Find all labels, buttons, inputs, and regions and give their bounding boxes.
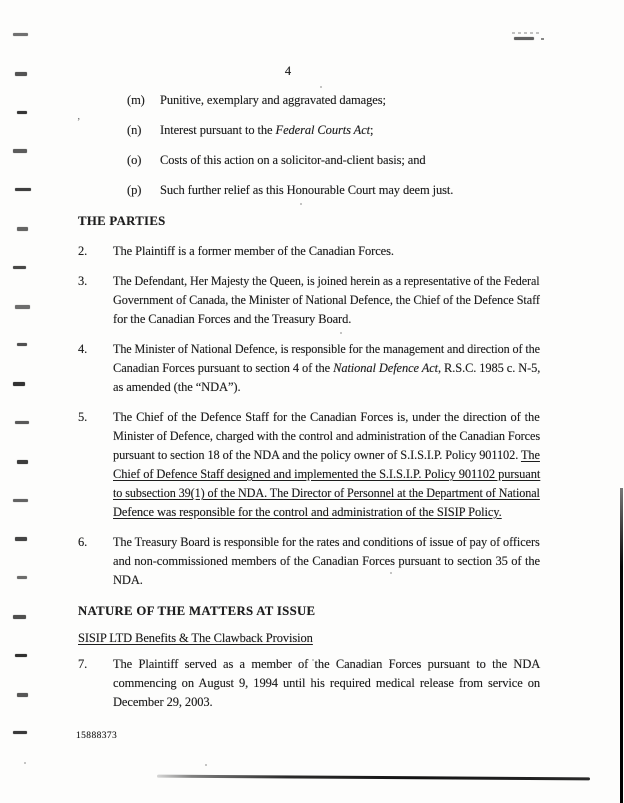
binding-mark xyxy=(17,343,27,346)
binding-mark xyxy=(13,149,27,153)
scan-speck xyxy=(390,572,392,574)
text-line: The Minister of National Defence, is res… xyxy=(113,340,540,359)
scan-speck xyxy=(340,332,342,334)
text-line: Government of Canada, the Minister of Na… xyxy=(113,291,540,310)
binding-mark xyxy=(13,33,28,36)
text-line: commencing on August 9, 1994 until his r… xyxy=(113,674,540,693)
paragraph-number: 5. xyxy=(78,408,113,522)
text-line: pursuant to section 18 of the NDA and th… xyxy=(113,446,540,465)
subheading-sisip-clawback: SISIP LTD Benefits & The Clawback Provis… xyxy=(78,629,540,648)
relief-item-o: (o) Costs of this action on a solicitor-… xyxy=(127,151,540,170)
section-heading-the-parties: THE PARTIES xyxy=(78,212,540,231)
binding-mark xyxy=(15,72,27,76)
text-line: Costs of this action on a solicitor-and-… xyxy=(160,151,540,170)
binding-mark xyxy=(17,693,28,697)
paragraph-6: 6. The Treasury Board is responsible for… xyxy=(78,533,540,590)
document-id-footer: 15888373 xyxy=(76,731,117,741)
relief-item-text: Interest pursuant to the Federal Courts … xyxy=(160,121,540,140)
binding-mark xyxy=(13,382,25,386)
relief-item-n: (n) Interest pursuant to the Federal Cou… xyxy=(127,121,540,140)
relief-item-label: (p) xyxy=(127,181,160,200)
binding-mark xyxy=(17,227,28,231)
paragraph-text: The Treasury Board is responsible for th… xyxy=(113,533,540,590)
text-line: NDA. xyxy=(113,571,540,590)
paragraph-text: The Chief of the Defence Staff for the C… xyxy=(113,408,540,522)
text-line: Interest pursuant to the Federal Courts … xyxy=(160,121,540,140)
paragraph-number: 3. xyxy=(78,272,113,329)
section-heading-nature-of-matters: NATURE OF THE MATTERS AT ISSUE xyxy=(78,602,540,621)
binding-mark xyxy=(17,111,27,114)
relief-list: (m) Punitive, exemplary and aggravated d… xyxy=(78,91,540,200)
paragraph-number: 7. xyxy=(78,655,113,712)
binding-mark xyxy=(15,421,29,424)
binding-mark xyxy=(15,654,27,657)
scan-speck xyxy=(320,86,322,88)
scan-smudge xyxy=(512,32,540,34)
document-body: 4 (m) Punitive, exemplary and aggravated… xyxy=(78,62,540,723)
scan-edge-line xyxy=(620,488,623,803)
paragraph-7: 7. The Plaintiff served as a member of t… xyxy=(78,655,540,712)
scan-speck xyxy=(300,203,302,205)
binding-mark xyxy=(13,499,28,502)
paragraph-text: The Minister of National Defence, is res… xyxy=(113,340,540,397)
binding-mark xyxy=(13,266,26,269)
text-line: for the Canadian Forces and the Treasury… xyxy=(113,310,540,329)
scan-speck xyxy=(24,762,26,764)
text-line: Such further relief as this Honourable C… xyxy=(160,181,540,200)
text-line: to subsection 39(1) of the NDA. The Dire… xyxy=(113,484,540,503)
text-line: Minister of Defence, charged with the co… xyxy=(113,427,540,446)
binding-mark xyxy=(15,537,27,541)
relief-item-label: (o) xyxy=(127,151,160,170)
scan-speck xyxy=(312,659,314,661)
scan-speck xyxy=(205,764,207,766)
text-line: and non-commissioned members of the Cana… xyxy=(113,552,540,571)
text-line: The Plaintiff is a former member of the … xyxy=(113,242,540,261)
paragraph-number: 4. xyxy=(78,340,113,397)
text-line: Defence was responsible for the control … xyxy=(113,503,540,522)
binding-mark xyxy=(15,188,31,191)
paragraph-text: The Defendant, Her Majesty the Queen, is… xyxy=(113,272,540,329)
paragraph-4: 4. The Minister of National Defence, is … xyxy=(78,340,540,397)
scan-smudge xyxy=(541,38,544,40)
relief-item-text: Costs of this action on a solicitor-and-… xyxy=(160,151,540,170)
scan-speck: ’ xyxy=(77,117,80,128)
page-number: 4 xyxy=(78,62,540,81)
relief-item-label: (n) xyxy=(127,121,160,140)
relief-item-text: Punitive, exemplary and aggravated damag… xyxy=(160,91,540,110)
binding-mark xyxy=(17,576,27,579)
text-line: Canadian Forces pursuant to section 4 of… xyxy=(113,359,540,378)
paragraph-number: 2. xyxy=(78,242,113,261)
text-line: as amended (the “NDA”). xyxy=(113,378,540,397)
binding-mark xyxy=(17,460,28,464)
relief-item-label: (m) xyxy=(127,91,160,110)
binding-mark xyxy=(13,615,26,619)
text-line: Chief of Defence Staff designed and impl… xyxy=(113,465,540,484)
relief-item-text: Such further relief as this Honourable C… xyxy=(160,181,540,200)
paragraph-5: 5. The Chief of the Defence Staff for th… xyxy=(78,408,540,522)
text-line: The Treasury Board is responsible for th… xyxy=(113,533,540,552)
relief-item-p: (p) Such further relief as this Honourab… xyxy=(127,181,540,200)
text-line: The Defendant, Her Majesty the Queen, is… xyxy=(113,272,540,291)
paragraph-2: 2. The Plaintiff is a former member of t… xyxy=(78,242,540,261)
paragraph-text: The Plaintiff served as a member of the … xyxy=(113,655,540,712)
scan-smudge xyxy=(514,37,534,40)
scan-artifact-line xyxy=(157,775,590,781)
text-line: The Plaintiff served as a member of the … xyxy=(113,655,540,674)
binding-mark xyxy=(15,305,30,309)
binding-mark xyxy=(13,731,27,734)
text-line: Punitive, exemplary and aggravated damag… xyxy=(160,91,540,110)
text-line: December 29, 2003. xyxy=(113,693,540,712)
paragraph-text: The Plaintiff is a former member of the … xyxy=(113,242,540,261)
text-line: The Chief of the Defence Staff for the C… xyxy=(113,408,540,427)
paragraph-number: 6. xyxy=(78,533,113,590)
document-page: 4 (m) Punitive, exemplary and aggravated… xyxy=(0,0,624,803)
relief-item-m: (m) Punitive, exemplary and aggravated d… xyxy=(127,91,540,110)
paragraph-3: 3. The Defendant, Her Majesty the Queen,… xyxy=(78,272,540,329)
